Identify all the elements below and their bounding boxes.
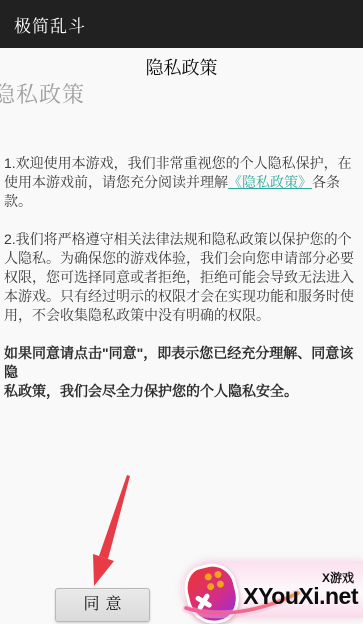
app-screen: 极简乱斗 隐私政策 隐私政策 1.欢迎使用本游戏，我们非常重视您的个人隐私保护，… [0,0,363,624]
privacy-policy-link[interactable]: 《隐私政策》 [228,174,312,190]
policy-section-heading: 隐私政策 [0,81,363,109]
gamepad-button-dot [214,570,222,578]
app-title: 极简乱斗 [14,12,86,37]
gamepad-buttons [204,570,225,591]
gamepad-button-dot [204,573,212,581]
policy-paragraph-2: 2.我们将严格遵守相关法律法规和隐私政策以保护您的个 人隐私。为确保您的游戏体验… [4,230,359,325]
policy-paragraph-3: 如果同意请点击"同意"，即表示您已经充分理解、同意该隐 私政策，我们会尽全力保护… [4,344,359,401]
page-title: 隐私政策 [0,56,363,80]
policy-body: 1.欢迎使用本游戏，我们非常重视您的个人隐私保护，在 使用本游戏前，请您充分阅读… [4,135,359,420]
watermark-site-name: XYouXi.net [243,583,358,610]
agree-button[interactable]: 同意 [55,588,150,622]
policy-paragraph-1: 1.欢迎使用本游戏，我们非常重视您的个人隐私保护，在 使用本游戏前，请您充分阅读… [4,154,359,211]
gamepad-button-dot [216,580,224,588]
title-bar: 极简乱斗 [0,0,363,48]
annotation-arrow-icon [85,468,140,593]
